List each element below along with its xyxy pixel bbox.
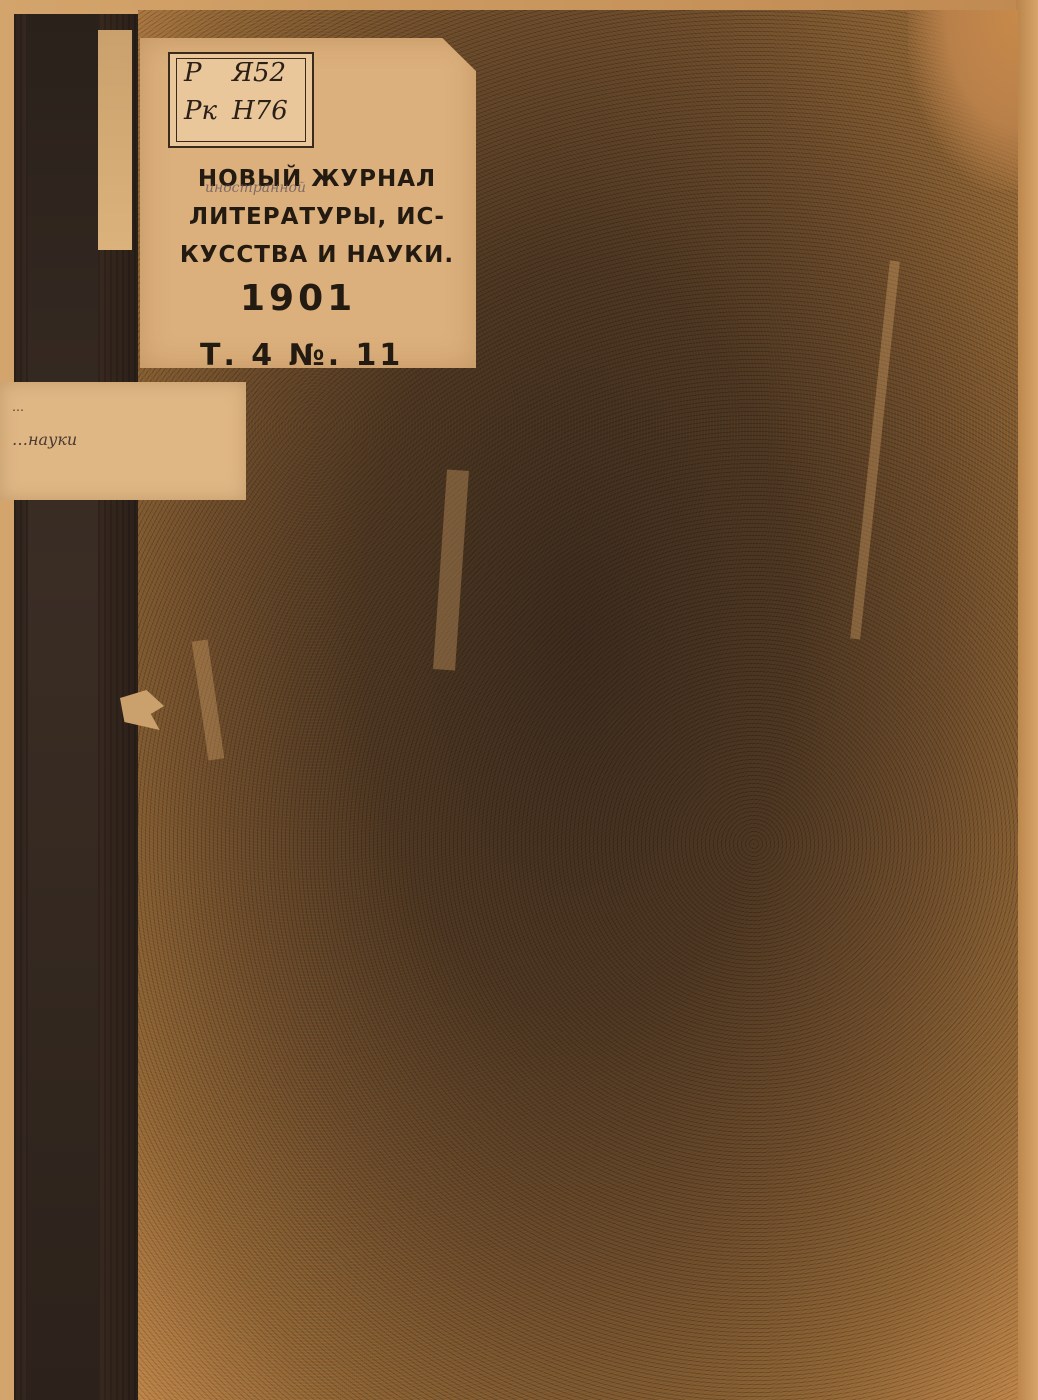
spine-label-text: …науки — [12, 430, 77, 449]
call-number-class: Я52 — [232, 58, 286, 88]
volume-number: Т. 4 №. 11 — [200, 338, 403, 373]
page-edge — [1016, 0, 1038, 1400]
spine-cloth — [28, 14, 98, 1400]
spine-label: … …науки — [0, 382, 246, 500]
publication-year: 1901 — [240, 278, 350, 319]
title-line-3: КУССТВА И НАУКИ. — [162, 236, 472, 274]
title-line-2: ЛИТЕРАТУРЫ, ИС- — [162, 198, 472, 236]
call-number-line-2: РкН76 — [184, 96, 288, 126]
call-number-cutter: Н76 — [232, 96, 288, 126]
call-number-prefix: Р — [184, 58, 232, 88]
call-number-prefix: Рк — [184, 96, 232, 126]
call-number-line-1: РЯ52 — [184, 58, 286, 88]
call-number-label: РЯ52 РкН76 — [168, 52, 314, 148]
spine-worn-patch — [98, 30, 132, 250]
corner-wear — [908, 10, 1018, 190]
handwritten-annotation: иностранной — [205, 180, 306, 196]
journal-title: НОВЫЙ ЖУРНАЛ ЛИТЕРАТУРЫ, ИС- КУССТВА И Н… — [162, 160, 472, 274]
spine-label-text-top: … — [12, 400, 24, 414]
